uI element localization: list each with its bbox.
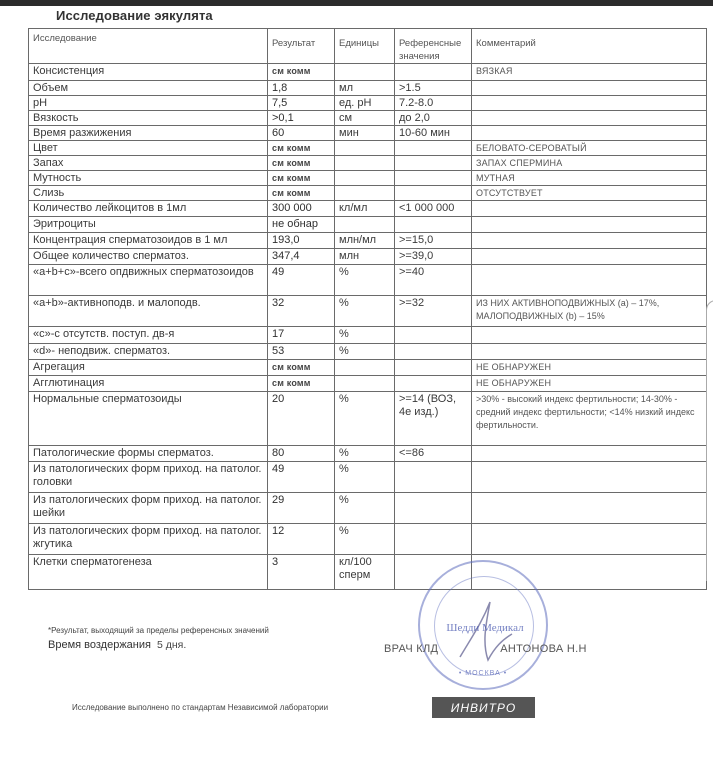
result-cell: 300 000	[268, 201, 335, 217]
table-row: Из патологических форм приход. на патоло…	[29, 524, 707, 555]
comment-cell: НЕ ОБНАРУЖЕН	[472, 376, 707, 392]
doctor-title: ВРАЧ КЛД	[384, 643, 438, 655]
reference-cell: >=39,0	[395, 249, 472, 265]
comment-cell	[472, 126, 707, 141]
reference-cell: >=40	[395, 265, 472, 296]
reference-cell	[395, 524, 472, 555]
test-name-cell: Из патологических форм приход. на патоло…	[29, 524, 268, 555]
test-name-cell: Агглютинация	[29, 376, 268, 392]
result-cell: 32	[268, 296, 335, 327]
unit-cell	[335, 217, 395, 233]
stamp-city: • МОСКВА •	[420, 670, 546, 677]
reference-cell	[395, 327, 472, 344]
result-cell: см комм	[268, 186, 335, 201]
test-name-cell: Из патологических форм приход. на патоло…	[29, 493, 268, 524]
seal-stamp: Шедди Медикал • МОСКВА •	[418, 560, 548, 690]
unit-cell: %	[335, 524, 395, 555]
unit-cell: %	[335, 344, 395, 360]
result-cell: см комм	[268, 64, 335, 81]
reference-cell	[395, 186, 472, 201]
unit-cell: млн	[335, 249, 395, 265]
unit-cell: мл	[335, 81, 395, 96]
unit-cell: кл/100 сперм	[335, 555, 395, 590]
table-row: Объем1,8мл>1.5	[29, 81, 707, 96]
test-name-cell: Агрегация	[29, 360, 268, 376]
unit-cell	[335, 360, 395, 376]
unit-cell: ед. pH	[335, 96, 395, 111]
table-row: «d»- неподвиж. сперматоз.53%	[29, 344, 707, 360]
comment-cell	[472, 201, 707, 217]
test-name-cell: Слизь	[29, 186, 268, 201]
comment-cell: НЕ ОБНАРУЖЕН	[472, 360, 707, 376]
reference-cell	[395, 156, 472, 171]
table-row: Нормальные сперматозоиды20%>=14 (ВОЗ, 4е…	[29, 392, 707, 446]
result-cell: 29	[268, 493, 335, 524]
header-reference: Референсные значения	[395, 29, 472, 64]
test-name-cell: Общее количество сперматоз.	[29, 249, 268, 265]
table-row: Агрегациясм коммНЕ ОБНАРУЖЕН	[29, 360, 707, 376]
table-row: Время разжижения60мин10-60 мин	[29, 126, 707, 141]
table-row: Цветсм коммБЕЛОВАТО-СЕРОВАТЫЙ	[29, 141, 707, 156]
header-result: Результат	[268, 29, 335, 64]
table-row: Патологические формы сперматоз.80%<=86	[29, 446, 707, 462]
stamp-name: Шедди Медикал	[430, 622, 540, 634]
table-row: pH7,5ед. pH7.2-8.0	[29, 96, 707, 111]
test-name-cell: Время разжижения	[29, 126, 268, 141]
table-row: «a+b»-активноподв. и малоподв.32%>=32ИЗ …	[29, 296, 707, 327]
document-title: Исследование эякулята	[56, 8, 213, 23]
result-cell: 20	[268, 392, 335, 446]
comment-cell	[472, 265, 707, 296]
comment-cell: МУТНАЯ	[472, 171, 707, 186]
result-cell: 3	[268, 555, 335, 590]
reference-cell	[395, 376, 472, 392]
reference-cell	[395, 217, 472, 233]
comment-cell	[472, 344, 707, 360]
unit-cell	[335, 64, 395, 81]
result-cell: 60	[268, 126, 335, 141]
result-cell: см комм	[268, 376, 335, 392]
reference-cell	[395, 344, 472, 360]
unit-cell	[335, 171, 395, 186]
test-name-cell: Цвет	[29, 141, 268, 156]
comment-cell	[472, 524, 707, 555]
table-row: Консистенциясм коммВЯЗКАЯ	[29, 64, 707, 81]
unit-cell: %	[335, 327, 395, 344]
result-cell: 12	[268, 524, 335, 555]
test-name-cell: Концентрация сперматозоидов в 1 мл	[29, 233, 268, 249]
unit-cell: %	[335, 392, 395, 446]
comment-cell	[472, 493, 707, 524]
reference-cell: <1 000 000	[395, 201, 472, 217]
reference-cell: <=86	[395, 446, 472, 462]
result-cell: см комм	[268, 156, 335, 171]
test-name-cell: Мутность	[29, 171, 268, 186]
reference-cell: до 2,0	[395, 111, 472, 126]
comment-cell	[472, 249, 707, 265]
test-name-cell: Из патологических форм приход. на патоло…	[29, 462, 268, 493]
result-cell: 193,0	[268, 233, 335, 249]
unit-cell: мин	[335, 126, 395, 141]
test-name-cell: «d»- неподвиж. сперматоз.	[29, 344, 268, 360]
table-row: Клетки сперматогенеза3кл/100 сперм	[29, 555, 707, 590]
table-row: Общее количество сперматоз.347,4млн>=39,…	[29, 249, 707, 265]
comment-cell: ВЯЗКАЯ	[472, 64, 707, 81]
result-cell: 53	[268, 344, 335, 360]
unit-cell	[335, 156, 395, 171]
result-cell: >0,1	[268, 111, 335, 126]
comment-cell	[472, 111, 707, 126]
table-row: «c»-с отсутств. поступ. дв-я17%	[29, 327, 707, 344]
test-name-cell: Вязкость	[29, 111, 268, 126]
reference-cell: 7.2-8.0	[395, 96, 472, 111]
table-row: Из патологических форм приход. на патоло…	[29, 493, 707, 524]
table-row: «a+b+c»-всего опдвижных сперматозоидов49…	[29, 265, 707, 296]
result-cell: см комм	[268, 141, 335, 156]
comment-cell	[472, 462, 707, 493]
reference-cell	[395, 64, 472, 81]
unit-cell: %	[335, 446, 395, 462]
reference-cell	[395, 462, 472, 493]
result-cell: см комм	[268, 171, 335, 186]
comment-cell	[472, 233, 707, 249]
header-test: Исследование	[29, 29, 268, 64]
doctor-signature: ВРАЧ КЛДАНТОНОВА Н.Н	[384, 643, 587, 655]
footer-note: Исследование выполнено по стандартам Нез…	[72, 703, 328, 712]
header-units: Единицы	[335, 29, 395, 64]
top-bar	[0, 0, 713, 6]
footnote: *Результат, выходящий за пределы референ…	[48, 626, 269, 635]
result-cell: 49	[268, 462, 335, 493]
unit-cell: %	[335, 265, 395, 296]
table-row: Количество лейкоцитов в 1мл300 000кл/мл<…	[29, 201, 707, 217]
reference-cell	[395, 171, 472, 186]
result-cell: 7,5	[268, 96, 335, 111]
table-row: Запахсм коммЗАПАХ СПЕРМИНА	[29, 156, 707, 171]
reference-cell	[395, 493, 472, 524]
reference-cell: 10-60 мин	[395, 126, 472, 141]
test-name-cell: «a+b+c»-всего опдвижных сперматозоидов	[29, 265, 268, 296]
test-name-cell: «c»-с отсутств. поступ. дв-я	[29, 327, 268, 344]
comment-cell: ИЗ НИХ АКТИВНОПОДВИЖНЫХ (a) – 17%, МАЛОП…	[472, 296, 707, 327]
unit-cell: см	[335, 111, 395, 126]
comment-cell	[472, 217, 707, 233]
test-name-cell: Запах	[29, 156, 268, 171]
abstinence-time: Время воздержания5 дня.	[48, 639, 186, 651]
result-cell: см комм	[268, 360, 335, 376]
abstinence-label: Время воздержания	[48, 639, 151, 651]
result-cell: не обнар	[268, 217, 335, 233]
test-name-cell: Количество лейкоцитов в 1мл	[29, 201, 268, 217]
comment-cell	[472, 446, 707, 462]
unit-cell: кл/мл	[335, 201, 395, 217]
table-row: Эритроцитыне обнар	[29, 217, 707, 233]
results-table: Исследование Результат Единицы Референсн…	[28, 28, 707, 590]
test-name-cell: Клетки сперматогенеза	[29, 555, 268, 590]
table-row: Вязкость>0,1смдо 2,0	[29, 111, 707, 126]
comment-cell	[472, 327, 707, 344]
comment-cell	[472, 81, 707, 96]
reference-cell: >=32	[395, 296, 472, 327]
reference-cell	[395, 360, 472, 376]
result-cell: 49	[268, 265, 335, 296]
page-edge	[706, 300, 713, 581]
unit-cell: %	[335, 462, 395, 493]
unit-cell	[335, 186, 395, 201]
test-name-cell: «a+b»-активноподв. и малоподв.	[29, 296, 268, 327]
comment-cell: ЗАПАХ СПЕРМИНА	[472, 156, 707, 171]
comment-cell	[472, 96, 707, 111]
comment-cell: >30% - высокий индекс фертильности; 14-3…	[472, 392, 707, 446]
result-cell: 347,4	[268, 249, 335, 265]
test-name-cell: Патологические формы сперматоз.	[29, 446, 268, 462]
test-name-cell: Объем	[29, 81, 268, 96]
comment-cell: БЕЛОВАТО-СЕРОВАТЫЙ	[472, 141, 707, 156]
result-cell: 80	[268, 446, 335, 462]
result-cell: 17	[268, 327, 335, 344]
lab-logo: ИНВИТРО	[432, 697, 535, 718]
reference-cell: >=14 (ВОЗ, 4е изд.)	[395, 392, 472, 446]
reference-cell: >=15,0	[395, 233, 472, 249]
unit-cell	[335, 376, 395, 392]
table-row: Слизьсм коммОТСУТСТВУЕТ	[29, 186, 707, 201]
result-cell: 1,8	[268, 81, 335, 96]
table-row: Мутностьсм коммМУТНАЯ	[29, 171, 707, 186]
unit-cell: %	[335, 296, 395, 327]
test-name-cell: Эритроциты	[29, 217, 268, 233]
table-row: Из патологических форм приход. на патоло…	[29, 462, 707, 493]
test-name-cell: pH	[29, 96, 268, 111]
reference-cell	[395, 141, 472, 156]
test-name-cell: Нормальные сперматозоиды	[29, 392, 268, 446]
test-name-cell: Консистенция	[29, 64, 268, 81]
doctor-name: АНТОНОВА Н.Н	[500, 643, 586, 655]
abstinence-value: 5 дня.	[157, 639, 186, 651]
table-row: Концентрация сперматозоидов в 1 мл193,0м…	[29, 233, 707, 249]
table-row: Агглютинациясм коммНЕ ОБНАРУЖЕН	[29, 376, 707, 392]
unit-cell: млн/мл	[335, 233, 395, 249]
reference-cell: >1.5	[395, 81, 472, 96]
table-header-row: Исследование Результат Единицы Референсн…	[29, 29, 707, 64]
comment-cell: ОТСУТСТВУЕТ	[472, 186, 707, 201]
unit-cell	[335, 141, 395, 156]
header-comment: Комментарий	[472, 29, 707, 64]
unit-cell: %	[335, 493, 395, 524]
